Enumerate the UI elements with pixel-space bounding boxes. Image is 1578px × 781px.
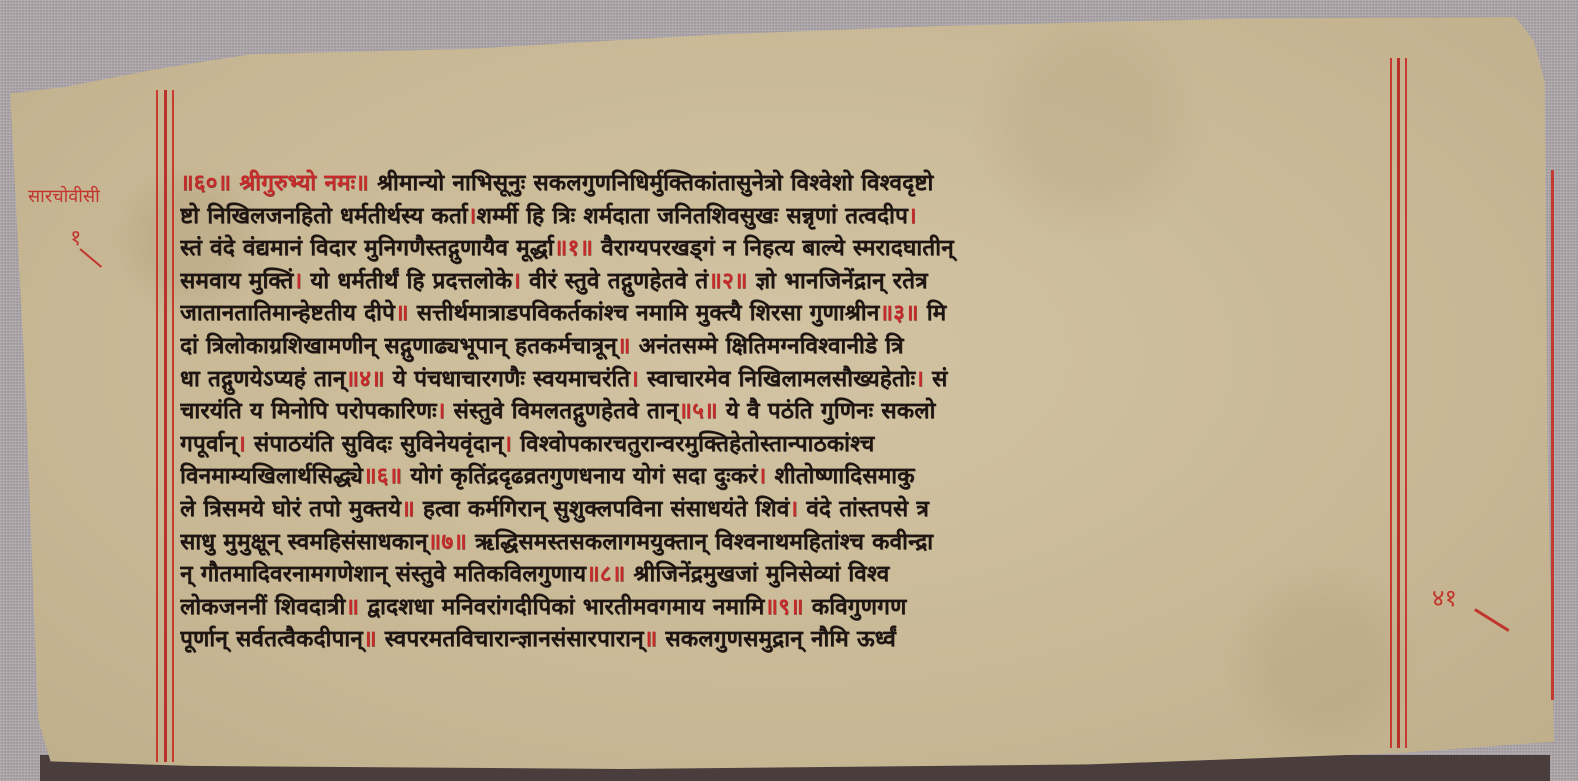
manuscript-line: चारयंति य मिनोपि परोपकारिणः। संस्तुवे वि… <box>180 395 1385 428</box>
text-segment: कविगुणगण <box>804 594 907 620</box>
text-segment: यो धर्मतीर्थं हि प्रदत्तलोके <box>302 268 512 294</box>
text-segment: साधु मुमुक्षून् स्वमहिसंसाधकान् <box>180 529 428 555</box>
manuscript-text-body: ॥६०॥ श्रीगुरुभ्यो नमः॥ श्रीमान्यो नाभिसू… <box>180 167 1385 656</box>
rubric-marker: ॥ <box>395 300 409 326</box>
manuscript-line: ॥६०॥ श्रीगुरुभ्यो नमः॥ श्रीमान्यो नाभिसू… <box>180 167 1385 200</box>
text-segment: श्रीमान्यो नाभिसूनुः सकलगुणनिधिर्मुक्तिक… <box>369 170 934 196</box>
rubric-marker: ॥ <box>401 496 415 522</box>
rubric-marker: । <box>503 431 512 457</box>
rubric-marker: ॥८॥ <box>586 561 625 587</box>
right-ruling-line-2 <box>1397 58 1400 748</box>
manuscript-line: ले त्रिसमये घोरं तपो मुक्तये॥ हत्वा कर्म… <box>180 493 1385 526</box>
rubric-marker: ॥ <box>617 333 631 359</box>
text-segment: समवाय मुक्तिं <box>180 268 293 294</box>
text-segment: सत्तीर्थमात्राडपविकर्तकांश्च नमामि मुक्त… <box>409 300 880 326</box>
rubric-marker: । <box>908 203 917 229</box>
text-segment: न् गौतमादिवरनामगणेशान् संस्तुवे मतिकविलग… <box>180 561 586 587</box>
manuscript-line: गपूर्वान्। संपाठयंति सुविदः सुविनेयवृंदा… <box>180 428 1385 461</box>
rubric-marker: ॥१॥ <box>554 235 593 261</box>
left-ruling-line-3 <box>172 90 174 762</box>
text-segment: द्वादशधा मनिवरांगदीपिकां भारतीमवगमाय नमा… <box>359 594 764 620</box>
text-segment: ये पंचधाचारगणैः स्वयमाचरंति <box>385 366 630 392</box>
text-segment: वैराग्यपरखड्गं न निहत्य बाल्ये स्मरादघात… <box>593 235 954 261</box>
text-segment: चारयंति य मिनोपि परोपकारिणः <box>180 398 437 424</box>
manuscript-line: साधु मुमुक्षून् स्वमहिसंसाधकान्॥७॥ ऋद्धि… <box>180 526 1385 559</box>
text-segment: लोकजननीं शिवदात्री <box>180 594 345 620</box>
text-segment: ये वै पठंति गुणिनः सकलो <box>718 398 936 424</box>
text-segment: विनमाम्यखिलार्थसिद्ध्ये <box>180 463 363 489</box>
rubric-marker: ॥ <box>345 594 359 620</box>
rubric-marker: ॥२॥ <box>708 268 747 294</box>
rubric-marker: । <box>512 268 521 294</box>
manuscript-line: जातानतातिमान्हेष्टतीय दीपे॥ सत्तीर्थमात्… <box>180 297 1385 330</box>
right-ruling-line-1 <box>1390 58 1392 748</box>
text-segment: जातानतातिमान्हेष्टतीय दीपे <box>180 300 395 326</box>
text-segment: विश्वोपकारचतुरान्वरमुक्तिहेतोस्तान्पाठका… <box>512 431 874 457</box>
text-segment: सकलगुणसमुद्रान् नौमि ऊर्ध्वं <box>657 626 896 652</box>
rubric-marker: ॥९॥ <box>764 594 803 620</box>
text-segment: ले त्रिसमये घोरं तपो मुक्तये <box>180 496 401 522</box>
text-segment: हत्वा कर्मगिरान् सुशुक्लपविना संसाधयंते … <box>415 496 790 522</box>
text-segment: धा तद्गुणयेऽप्यहं तान् <box>180 366 345 392</box>
text-segment: स्तं वंदे वंद्यमानं विदार मुनिगणैस्तद्गु… <box>180 235 554 261</box>
manuscript-line: धा तद्गुणयेऽप्यहं तान्॥४॥ ये पंचधाचारगणै… <box>180 363 1385 396</box>
manuscript-line: समवाय मुक्तिं। यो धर्मतीर्थं हि प्रदत्तल… <box>180 265 1385 298</box>
text-segment: संस्तुवे विमलतद्गुणहेतवे तान् <box>445 398 678 424</box>
text-segment: मि <box>919 300 947 326</box>
rubric-marker: ॥३॥ <box>879 300 918 326</box>
text-segment: ज्ञो भानजिनेंद्रान् रतेत्र <box>748 268 928 294</box>
rubric-marker: । <box>630 366 639 392</box>
manuscript-line: न् गौतमादिवरनामगणेशान् संस्तुवे मतिकविलग… <box>180 558 1385 591</box>
text-segment: ऋद्धिसमस्तसकलागमयुक्तान् विश्वनाथमहितांश… <box>467 529 933 555</box>
manuscript-line: ष्टो निखिलजनहितो धर्मतीर्थस्य कर्ता।शर्म… <box>180 200 1385 233</box>
right-edge-red-border <box>1551 170 1554 700</box>
manuscript-line: दां त्रिलोकाग्रशिखामणीन् सद्गुणाढ्यभूपान… <box>180 330 1385 363</box>
rubric-marker: । <box>915 366 924 392</box>
manuscript-line: पूर्णान् सर्वतत्वैकदीपान्॥ स्वपरमतविचारा… <box>180 623 1385 656</box>
rubric-marker: ॥ <box>644 626 658 652</box>
left-ruling-line-2 <box>164 90 167 762</box>
manuscript-line: लोकजननीं शिवदात्री॥ द्वादशधा मनिवरांगदीप… <box>180 591 1385 624</box>
rubric-marker: ॥४॥ <box>345 366 384 392</box>
text-segment: श्रीजिनेंद्रमुखजां मुनिसेव्यां विश्व <box>625 561 889 587</box>
text-segment: स्वपरमतविचारान्ज्ञानसंसारपारान् <box>377 626 644 652</box>
rubric-marker: । <box>293 268 302 294</box>
text-segment: वंदे तांस्तपसे त्र <box>798 496 929 522</box>
margin-work-title: सारचोवीसी <box>28 184 100 208</box>
text-segment: संपाठयंति सुविदः सुविनेयवृंदान् <box>246 431 504 457</box>
rubric-marker: ॥६॥ <box>363 463 402 489</box>
text-segment: पूर्णान् सर्वतत्वैकदीपान् <box>180 626 363 652</box>
text-segment: वीरं स्तुवे तद्गुणहेतवे तं <box>521 268 708 294</box>
text-segment: ष्टो निखिलजनहितो धर्मतीर्थस्य कर्ता <box>180 203 468 229</box>
text-segment: अनंतसम्मे क्षितिमग्नविश्वानीडे त्रि <box>631 333 904 359</box>
text-segment: योगं कृतिंद्रदृढव्रतगुणधनाय योगं सदा दुः… <box>402 463 757 489</box>
left-ruling-line-1 <box>156 90 158 762</box>
text-segment: शीतोष्णादिसमाकु <box>766 463 914 489</box>
rubric-marker: । <box>237 431 246 457</box>
rubric-marker: ॥५॥ <box>678 398 717 424</box>
text-segment: सं <box>924 366 947 392</box>
text-segment: स्वाचारमेव निखिलामलसौख्यहेतोः <box>639 366 915 392</box>
text-segment: दां त्रिलोकाग्रशिखामणीन् सद्गुणाढ्यभूपान… <box>180 333 617 359</box>
margin-folio-number-right: ४१ <box>1432 581 1457 614</box>
manuscript-line: विनमाम्यखिलार्थसिद्ध्ये॥६॥ योगं कृतिंद्र… <box>180 460 1385 493</box>
rubric-marker: ॥६०॥ श्रीगुरुभ्यो नमः॥ <box>180 170 369 196</box>
manuscript-line: स्तं वंदे वंद्यमानं विदार मुनिगणैस्तद्गु… <box>180 232 1385 265</box>
rubric-marker: ॥७॥ <box>428 529 467 555</box>
rubric-marker: ॥ <box>363 626 377 652</box>
rubric-marker: । <box>789 496 798 522</box>
text-segment: शर्म्मी हि त्रिः शर्मदाता जनितशिवसुखः सन… <box>476 203 907 229</box>
text-segment: गपूर्वान् <box>180 431 237 457</box>
right-ruling-line-3 <box>1405 58 1407 748</box>
